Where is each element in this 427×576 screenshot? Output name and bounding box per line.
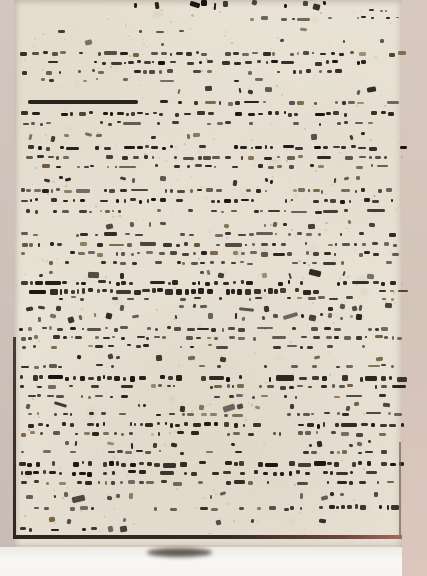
text-mark [52, 461, 54, 466]
text-mark [386, 188, 392, 192]
text-mark [222, 328, 225, 332]
text-mark [38, 423, 43, 427]
text-mark [206, 270, 210, 275]
text-mark [182, 262, 185, 264]
text-mark [235, 101, 241, 105]
text-mark [204, 422, 211, 426]
text-mark [273, 432, 276, 435]
text-mark [293, 70, 296, 74]
text-mark [65, 178, 72, 182]
text-mark [328, 17, 332, 19]
text-mark [92, 432, 99, 435]
text-mark [381, 376, 386, 381]
text-mark [334, 336, 339, 339]
text-mark [245, 61, 252, 64]
text-mark [240, 261, 245, 263]
text-mark [243, 424, 246, 428]
text-mark [145, 423, 152, 427]
text-mark [161, 480, 167, 483]
text-mark [201, 0, 207, 6]
text-mark [258, 113, 263, 115]
text-mark [367, 274, 374, 280]
text-mark [339, 303, 345, 309]
text-mark [75, 433, 79, 436]
text-mark [25, 471, 31, 475]
text-mark [388, 412, 392, 415]
text-mark [118, 210, 121, 213]
text-mark [128, 61, 134, 64]
text-mark [135, 234, 143, 236]
text-mark [124, 146, 135, 149]
text-mark [331, 52, 335, 55]
text-mark [155, 164, 158, 167]
document-text-lines [14, 0, 402, 547]
text-mark [199, 461, 206, 464]
text-mark [151, 198, 156, 201]
text-mark [300, 346, 303, 349]
text-mark [71, 495, 85, 504]
text-mark [381, 364, 385, 366]
text-mark [241, 156, 243, 160]
text-mark [273, 253, 286, 257]
text-mark [70, 251, 76, 254]
text-mark [266, 61, 269, 64]
text-mark [194, 297, 202, 299]
text-mark [80, 506, 88, 510]
text-mark [152, 61, 154, 64]
text-mark [320, 53, 326, 56]
text-mark [82, 528, 86, 531]
text-mark [223, 282, 229, 285]
text-mark [71, 290, 75, 294]
text-mark [264, 157, 272, 160]
text-mark [63, 413, 68, 415]
text-mark [119, 413, 127, 416]
text-mark [324, 199, 328, 203]
text-mark [319, 519, 327, 524]
text-mark [176, 375, 182, 381]
text-mark [120, 304, 125, 310]
text-mark [82, 328, 84, 330]
text-mark [316, 431, 318, 434]
text-mark [253, 337, 256, 341]
text-mark [100, 121, 103, 124]
text-mark [323, 210, 339, 213]
text-mark [104, 147, 111, 151]
text-mark [154, 336, 161, 339]
text-mark [101, 412, 106, 415]
text-mark [131, 189, 149, 192]
text-mark [319, 70, 323, 73]
text-mark [182, 413, 186, 416]
text-mark [65, 377, 69, 382]
text-mark [336, 366, 340, 368]
text-mark [308, 297, 316, 300]
text-mark [341, 189, 350, 192]
text-mark [187, 328, 196, 331]
text-mark [167, 69, 173, 73]
text-mark [82, 461, 85, 464]
text-mark [170, 61, 176, 64]
text-mark [28, 145, 34, 148]
text-mark [335, 243, 338, 246]
text-mark [68, 316, 75, 323]
page-border-bottom [13, 535, 402, 539]
text-mark [390, 463, 396, 466]
text-mark [264, 365, 267, 368]
text-mark [137, 146, 143, 150]
text-mark [172, 280, 178, 285]
text-mark [113, 261, 116, 264]
text-mark [265, 463, 278, 468]
text-mark [65, 441, 70, 446]
text-mark [104, 51, 117, 55]
text-mark [391, 298, 395, 301]
text-mark [224, 199, 231, 203]
text-mark [248, 113, 255, 116]
text-mark [271, 60, 278, 63]
text-mark [194, 101, 198, 104]
text-mark [84, 39, 92, 45]
text-mark [76, 234, 79, 237]
text-mark [123, 518, 127, 523]
text-mark [312, 3, 320, 10]
text-mark [157, 422, 160, 425]
text-mark [98, 52, 101, 56]
text-mark [97, 253, 103, 257]
text-mark [337, 451, 340, 453]
text-mark [105, 223, 113, 229]
text-mark [200, 507, 208, 510]
text-mark [123, 377, 127, 381]
text-mark [37, 155, 45, 158]
text-mark [132, 177, 135, 182]
text-mark [222, 61, 230, 65]
text-mark [328, 244, 334, 247]
text-mark [276, 375, 294, 381]
text-mark [21, 471, 23, 476]
text-mark [21, 111, 28, 114]
text-mark [241, 252, 245, 255]
text-mark [197, 328, 209, 330]
text-mark [261, 252, 268, 256]
text-mark [88, 461, 92, 466]
text-mark [259, 385, 262, 388]
text-mark [21, 200, 29, 203]
text-mark [357, 442, 363, 448]
text-mark [246, 189, 252, 192]
text-mark [364, 198, 371, 201]
text-mark [109, 461, 115, 466]
text-mark [64, 134, 69, 137]
text-mark [312, 262, 318, 264]
text-mark [185, 289, 189, 295]
text-mark [255, 78, 262, 81]
text-mark [390, 290, 394, 293]
text-mark [177, 190, 185, 193]
text-mark [151, 146, 159, 149]
text-mark [332, 384, 336, 387]
text-mark [208, 344, 212, 346]
text-mark [298, 188, 304, 192]
text-mark [22, 346, 26, 349]
text-mark [270, 179, 274, 183]
text-mark [306, 233, 312, 236]
text-mark [283, 145, 294, 148]
text-mark [29, 528, 33, 532]
text-mark [289, 471, 292, 475]
text-mark [349, 481, 353, 485]
text-mark [274, 289, 278, 294]
text-mark [368, 440, 372, 444]
text-mark [146, 251, 153, 254]
text-mark [105, 312, 112, 319]
text-mark [174, 156, 178, 159]
text-mark [173, 385, 175, 388]
text-mark [307, 423, 314, 428]
text-mark [142, 289, 150, 293]
text-mark [140, 242, 156, 246]
text-mark [247, 263, 253, 265]
text-mark [311, 133, 317, 139]
text-mark [365, 376, 378, 381]
text-mark [84, 166, 89, 168]
text-mark [319, 123, 321, 127]
text-mark [308, 223, 315, 228]
text-mark [158, 61, 165, 65]
text-mark [357, 61, 360, 64]
text-mark [61, 113, 68, 117]
text-mark [49, 326, 51, 330]
text-mark [349, 134, 354, 140]
text-mark [231, 210, 238, 213]
text-mark [23, 123, 29, 126]
text-mark [162, 336, 166, 340]
text-mark [387, 101, 398, 105]
text-mark [179, 305, 184, 308]
text-mark [352, 281, 369, 284]
text-mark [64, 491, 69, 496]
text-mark [198, 288, 204, 294]
text-mark [381, 462, 387, 466]
text-mark [294, 113, 298, 116]
text-mark [77, 289, 80, 294]
text-mark [214, 337, 219, 341]
text-mark [127, 243, 132, 247]
text-mark [159, 252, 166, 255]
text-mark [131, 112, 136, 116]
text-mark [319, 506, 323, 509]
text-mark [43, 365, 46, 368]
text-mark [160, 80, 175, 82]
text-mark [215, 234, 223, 237]
text-mark [100, 210, 103, 212]
text-mark [161, 52, 167, 55]
text-mark [116, 282, 120, 286]
text-mark [34, 507, 39, 510]
text-mark [381, 327, 388, 331]
text-mark [366, 471, 377, 474]
text-mark [239, 375, 242, 379]
text-mark [349, 444, 353, 448]
text-mark [355, 504, 358, 509]
text-mark [289, 165, 293, 168]
text-mark [103, 432, 109, 435]
text-mark [193, 252, 196, 256]
text-mark [375, 328, 379, 331]
text-mark [326, 336, 332, 339]
text-mark [323, 1, 327, 6]
text-mark [326, 112, 331, 115]
text-mark [39, 375, 43, 379]
text-mark [210, 261, 214, 264]
text-mark [342, 101, 346, 105]
text-mark [240, 146, 248, 149]
text-mark [49, 516, 55, 522]
text-mark [130, 198, 136, 201]
text-mark [78, 315, 82, 321]
text-mark [152, 288, 156, 293]
text-mark [386, 261, 392, 264]
text-mark [312, 376, 319, 381]
text-mark [214, 396, 221, 398]
text-mark [337, 282, 340, 286]
text-mark [253, 423, 261, 427]
text-mark [20, 527, 26, 530]
text-mark [114, 432, 117, 436]
text-mark [103, 112, 108, 115]
text-mark [31, 122, 35, 125]
text-mark [43, 470, 46, 474]
text-mark [256, 232, 273, 235]
text-mark [108, 123, 113, 126]
text-mark [155, 261, 162, 263]
text-mark [176, 289, 182, 295]
text-mark [235, 112, 242, 116]
text-mark [296, 470, 300, 474]
text-mark [264, 306, 269, 312]
text-mark [79, 210, 87, 213]
text-mark [41, 78, 45, 80]
text-mark [176, 199, 183, 202]
text-mark [35, 198, 39, 201]
text-mark [329, 505, 335, 509]
text-mark [297, 232, 302, 235]
text-mark [267, 481, 269, 484]
text-mark [121, 252, 125, 256]
text-mark [173, 482, 182, 486]
text-mark [231, 262, 236, 265]
text-mark [333, 111, 339, 115]
text-mark [375, 156, 381, 159]
text-mark [108, 451, 115, 454]
text-mark [63, 336, 67, 339]
text-mark [20, 52, 27, 56]
text-mark [297, 482, 308, 485]
text-mark [50, 135, 55, 142]
text-mark [314, 102, 317, 105]
text-mark [327, 481, 330, 484]
text-mark [391, 365, 394, 368]
text-mark [51, 189, 53, 193]
text-mark [83, 80, 88, 83]
text-mark [300, 493, 303, 499]
text-mark [136, 450, 143, 452]
text-mark [110, 396, 113, 399]
text-mark [335, 69, 342, 73]
text-mark [120, 52, 128, 55]
text-mark [255, 297, 263, 300]
text-mark [80, 242, 87, 246]
text-mark [147, 462, 152, 466]
text-mark [28, 424, 34, 428]
text-mark [310, 164, 313, 166]
text-mark [297, 413, 300, 416]
text-mark [125, 451, 132, 454]
text-mark [106, 496, 111, 501]
text-mark [223, 403, 237, 413]
text-mark [156, 414, 161, 417]
text-mark [353, 401, 358, 406]
text-mark [78, 252, 85, 255]
text-mark [339, 53, 344, 57]
text-mark [301, 336, 307, 339]
text-mark [342, 270, 345, 276]
text-mark [368, 365, 381, 367]
text-mark [400, 146, 407, 149]
text-mark [278, 282, 284, 287]
text-mark [254, 289, 261, 294]
text-mark [101, 261, 106, 264]
text-mark [284, 508, 289, 511]
text-mark [28, 134, 32, 140]
text-mark [49, 471, 57, 474]
text-mark [322, 376, 327, 381]
text-mark [334, 396, 340, 399]
text-mark [129, 222, 134, 228]
text-mark [139, 462, 144, 465]
text-mark [311, 451, 317, 454]
text-mark [137, 252, 141, 255]
text-mark [77, 166, 80, 169]
text-mark [133, 156, 139, 160]
text-mark [168, 376, 173, 380]
text-mark [226, 289, 231, 295]
text-mark [26, 156, 32, 159]
text-mark [358, 147, 366, 150]
text-mark [112, 336, 115, 339]
text-mark [214, 166, 216, 169]
text-mark [159, 113, 163, 116]
text-mark [34, 480, 39, 483]
text-mark [75, 336, 82, 339]
text-mark [28, 413, 33, 415]
text-mark [108, 345, 114, 348]
text-mark [216, 519, 222, 525]
scan-margin-right [402, 0, 427, 576]
text-mark [53, 495, 56, 499]
text-mark [71, 336, 73, 339]
text-mark [147, 199, 149, 203]
text-mark [268, 210, 279, 212]
text-mark [297, 101, 304, 105]
text-mark [81, 395, 83, 398]
text-mark [377, 481, 380, 484]
text-mark [283, 223, 287, 226]
text-mark [308, 386, 311, 389]
text-mark [231, 289, 235, 293]
text-mark [356, 166, 364, 169]
